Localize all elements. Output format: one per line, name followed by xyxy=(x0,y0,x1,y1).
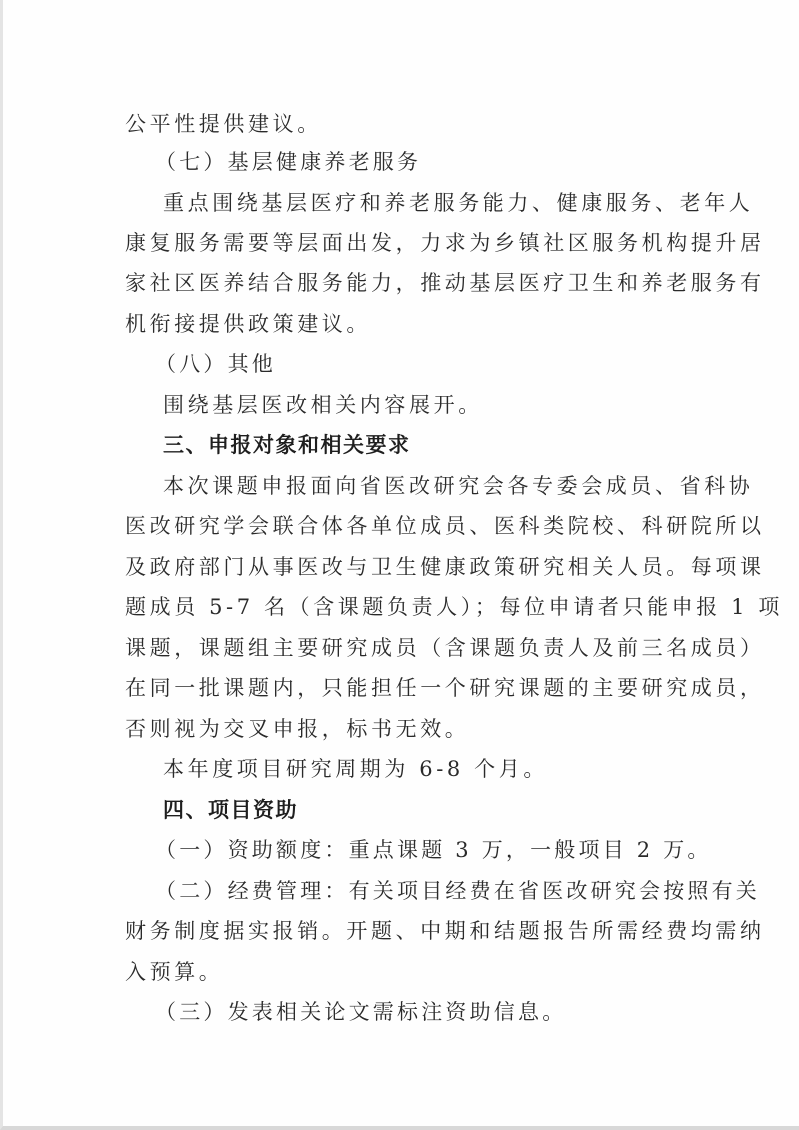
paragraph-line: 否则视为交叉申报，标书无效。 xyxy=(125,715,469,743)
section-heading-four: 四、项目资助 xyxy=(163,796,298,824)
paragraph-line: 家社区医养结合服务能力，推动基层医疗卫生和养老服务有 xyxy=(125,269,765,297)
paragraph-line: 机衔接提供政策建议。 xyxy=(125,310,371,338)
document-page: 公平性提供建议。 （七）基层健康养老服务 重点围绕基层医疗和养老服务能力、健康服… xyxy=(0,0,799,1130)
subsection-heading-eight: （八）其他 xyxy=(155,350,276,378)
paragraph-line: 题成员 5-7 名（含课题负责人）；每位申请者只能申报 1 项 xyxy=(125,593,783,621)
paragraph-line: 公平性提供建议。 xyxy=(125,110,322,138)
paragraph-line: 本年度项目研究周期为 6-8 个月。 xyxy=(163,755,548,783)
paragraph-line: 重点围绕基层医疗和养老服务能力、健康服务、老年人 xyxy=(163,189,753,217)
paragraph-line: 及政府部门从事医改与卫生健康政策研究相关人员。每项课 xyxy=(125,553,765,581)
funding-amount-line: （一）资助额度：重点课题 3 万，一般项目 2 万。 xyxy=(155,836,712,864)
funding-management-line: （二）经费管理：有关项目经费在省医改研究会按照有关 xyxy=(155,877,760,905)
section-heading-three: 三、申报对象和相关要求 xyxy=(163,431,411,459)
paragraph-line: 康复服务需要等层面出发，力求为乡镇社区服务机构提升居 xyxy=(125,229,765,257)
paragraph-line: 医改研究学会联合体各单位成员、医科类院校、科研院所以 xyxy=(125,512,765,540)
funding-acknowledgement-line: （三）发表相关论文需标注资助信息。 xyxy=(155,998,566,1026)
paragraph-line: 本次课题申报面向省医改研究会各专委会成员、省科协 xyxy=(163,472,753,500)
paragraph-line: 围绕基层医改相关内容展开。 xyxy=(163,391,483,419)
paragraph-line: 入预算。 xyxy=(125,958,223,986)
subsection-heading-seven: （七）基层健康养老服务 xyxy=(155,148,421,176)
paragraph-line: 财务制度据实报销。开题、中期和结题报告所需经费均需纳 xyxy=(125,917,765,945)
paragraph-line: 课题，课题组主要研究成员（含课题负责人及前三名成员） xyxy=(125,634,765,662)
paragraph-line: 在同一批课题内，只能担任一个研究课题的主要研究成员， xyxy=(125,674,765,702)
